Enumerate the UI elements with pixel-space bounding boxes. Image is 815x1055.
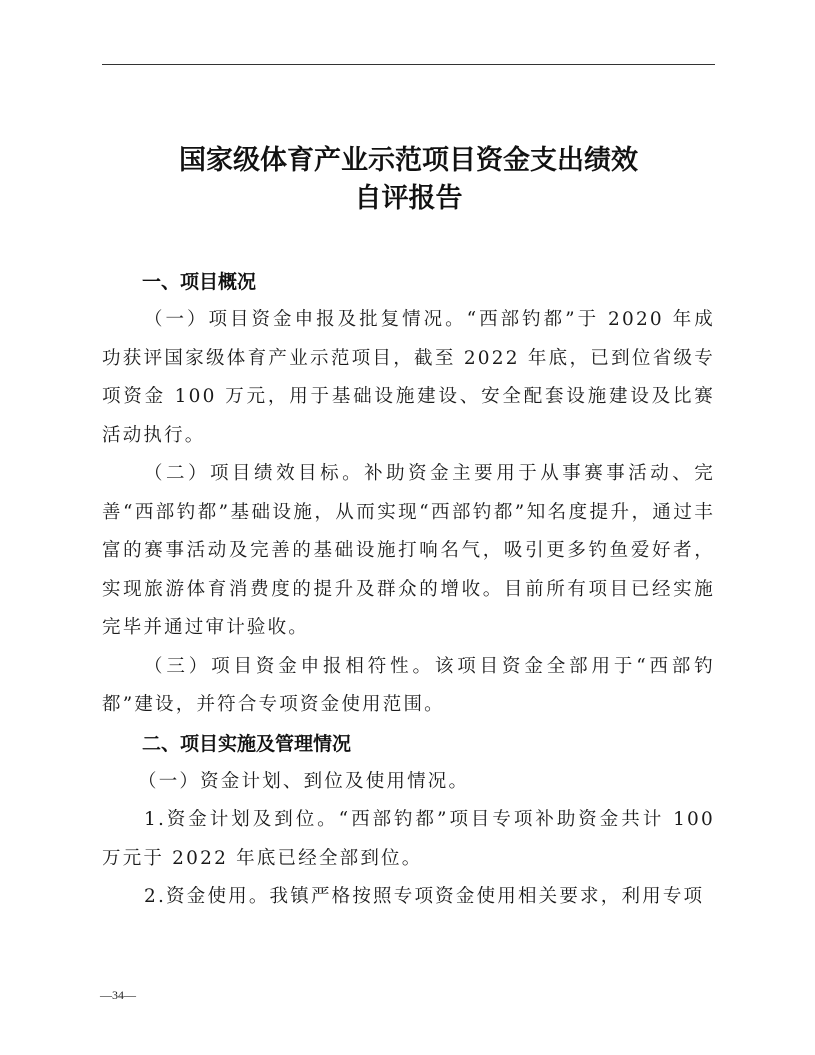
header-rule (102, 64, 715, 65)
title-line-2: 自评报告 (102, 180, 715, 218)
paragraph-performance-goals: （二）项目绩效目标。补助资金主要用于从事赛事活动、完善“西部钓都”基础设施，从而… (102, 455, 715, 648)
document-body: 一、项目概况 （一）项目资金申报及批复情况。“西部钓都”于 2020 年成功获评… (102, 263, 715, 917)
page-number: —34— (100, 988, 136, 1003)
paragraph-funding-usage: 2.资金使用。我镇严格按照专项资金使用相关要求，利用专项 (102, 878, 715, 917)
paragraph-funding-consistency: （三）项目资金申报相符性。该项目资金全部用于“西部钓都”建设，并符合专项资金使用… (102, 648, 715, 725)
subheading-funding-plan: （一）资金计划、到位及使用情况。 (102, 763, 715, 802)
document-title: 国家级体育产业示范项目资金支出绩效 自评报告 (102, 142, 715, 218)
section-heading-implementation: 二、项目实施及管理情况 (102, 725, 715, 763)
section-heading-overview: 一、项目概况 (102, 263, 715, 301)
title-line-1: 国家级体育产业示范项目资金支出绩效 (102, 142, 715, 180)
paragraph-funding-application: （一）项目资金申报及批复情况。“西部钓都”于 2020 年成功获评国家级体育产业… (102, 301, 715, 455)
paragraph-funding-arrival: 1.资金计划及到位。“西部钓都”项目专项补助资金共计 100 万元于 2022 … (102, 801, 715, 878)
